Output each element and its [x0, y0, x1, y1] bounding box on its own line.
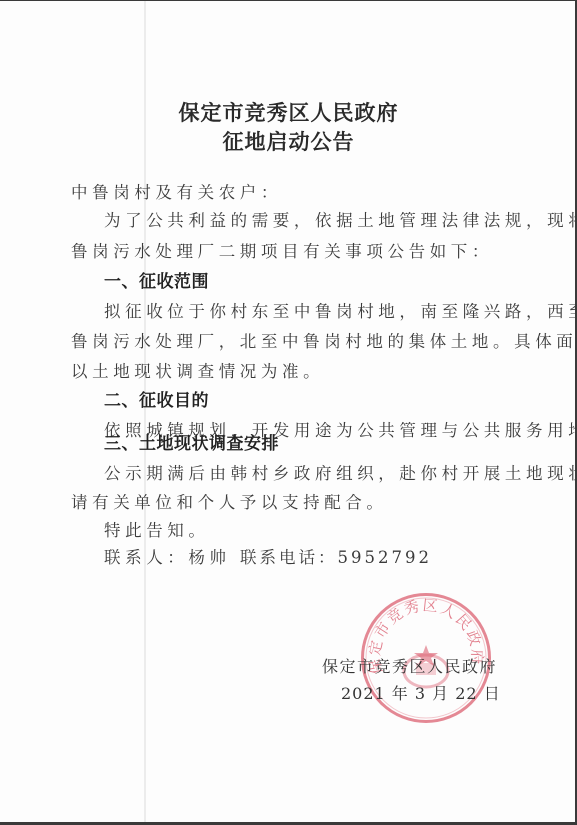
contact-phone: 联系电话：5952792: [240, 544, 432, 568]
contact-person: 联系人：杨帅: [104, 544, 231, 568]
document-title-line1: 保定市竞秀区人民政府: [0, 97, 575, 127]
section-survey-line-2: 请有关单位和个人予以支持配合。: [71, 489, 388, 513]
section-scope-line-2: 鲁岗污水处理厂，北至中鲁岗村地的集体土地。具体面积和地类: [71, 328, 575, 352]
document-title-line2: 征地启动公告: [0, 126, 575, 156]
section-heading-scope: 一、征收范围: [104, 267, 209, 292]
signature-organization: 保定市竞秀区人民政府: [322, 654, 497, 677]
intro-line-2: 鲁岗污水处理厂二期项目有关事项公告如下：: [71, 238, 493, 262]
section-heading-purpose: 二、征收目的: [104, 386, 209, 411]
section-survey-line-1: 公示期满后由韩村乡政府组织，赴你村开展土地现状调查，: [104, 460, 575, 484]
intro-line-1: 为了公共利益的需要，依据土地管理法律法规，现将保定市: [104, 207, 575, 231]
salutation: 中鲁岗村及有关农户：: [71, 179, 282, 203]
signature-date: 2021 年 3 月 22 日: [341, 681, 501, 704]
closing-text: 特此告知。: [104, 517, 210, 541]
section-scope-line-1: 拟征收位于你村东至中鲁岗村地，南至隆兴路，西至保定市: [104, 298, 575, 322]
section-scope-line-3: 以土地现状调查情况为准。: [71, 358, 324, 382]
document-page: 保定市竞秀区人民政府 征地启动公告 中鲁岗村及有关农户： 为了公共利益的需要，依…: [0, 1, 575, 822]
section-heading-survey: 三、土地现状调查安排: [104, 429, 279, 454]
